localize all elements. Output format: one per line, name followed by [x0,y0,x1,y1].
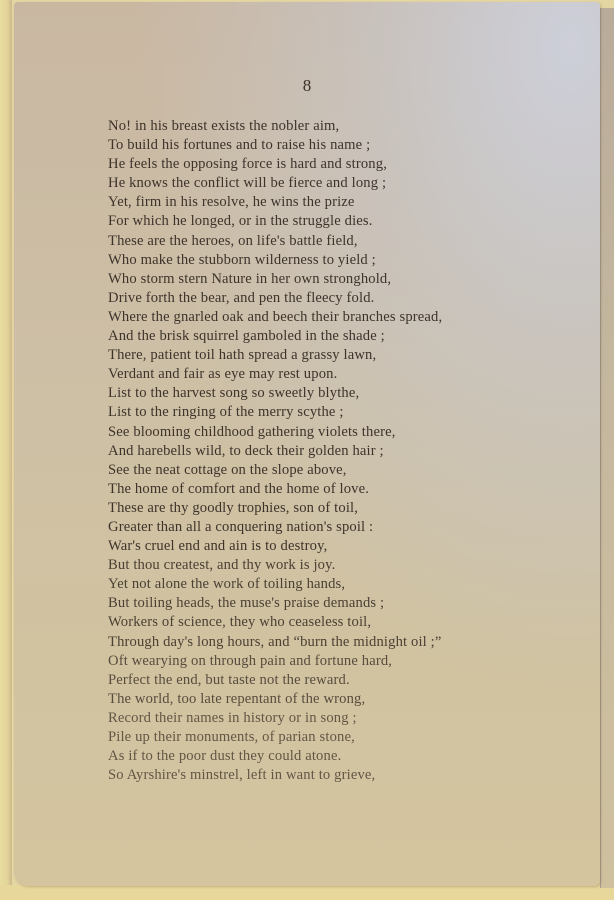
poem-line: But thou createst, and thy work is joy. [108,556,442,575]
poem-line: Workers of science, they who ceaseless t… [108,613,442,632]
background-surface-left [0,0,12,900]
poem-line: Oft wearying on through pain and fortune… [108,652,442,671]
background-surface-bottom [0,885,614,900]
poem-line: Drive forth the bear, and pen the fleecy… [108,289,442,308]
poem-line: See blooming childhood gathering violets… [108,423,442,442]
poem-line: Who make the stubborn wilderness to yiel… [108,251,442,270]
poem-line: Yet, firm in his resolve, he wins the pr… [108,193,442,212]
poem-line: Where the gnarled oak and beech their br… [108,308,442,327]
page-number: 8 [0,76,614,96]
poem-line: As if to the poor dust they could atone. [108,747,442,766]
poem-line: He feels the opposing force is hard and … [108,155,442,174]
poem-line: These are the heroes, on life's battle f… [108,232,442,251]
poem-line: And harebells wild, to deck their golden… [108,442,442,461]
poem-line: The home of comfort and the home of love… [108,480,442,499]
poem-line: And the brisk squirrel gamboled in the s… [108,327,442,346]
poem-line: To build his fortunes and to raise his n… [108,136,442,155]
poem-line: So Ayrshire's minstrel, left in want to … [108,766,442,785]
poem-line: List to the ringing of the merry scythe … [108,403,442,422]
poem-line: Verdant and fair as eye may rest upon. [108,365,442,384]
poem-line: See the neat cottage on the slope above, [108,461,442,480]
poem-line: These are thy goodly trophies, son of to… [108,499,442,518]
poem-line: But toiling heads, the muse's praise dem… [108,594,442,613]
poem-line: There, patient toil hath spread a grassy… [108,346,442,365]
poem-line: War's cruel end and ain is to destroy, [108,537,442,556]
poem-line: List to the harvest song so sweetly blyt… [108,384,442,403]
adjacent-page-edge [600,8,614,888]
poem-line: For which he longed, or in the struggle … [108,212,442,231]
poem-line: The world, too late repentant of the wro… [108,690,442,709]
poem-line: Pile up their monuments, of parian stone… [108,728,442,747]
poem-line: Who storm stern Nature in her own strong… [108,270,442,289]
poem-line: No! in his breast exists the nobler aim, [108,117,442,136]
poem-line: Perfect the end, but taste not the rewar… [108,671,442,690]
poem-text: No! in his breast exists the nobler aim,… [108,117,442,785]
poem-line: Through day's long hours, and “burn the … [108,633,442,652]
poem-line: Yet not alone the work of toiling hands, [108,575,442,594]
poem-line: Greater than all a conquering nation's s… [108,518,442,537]
poem-line: Record their names in history or in song… [108,709,442,728]
poem-line: He knows the conflict will be fierce and… [108,174,442,193]
